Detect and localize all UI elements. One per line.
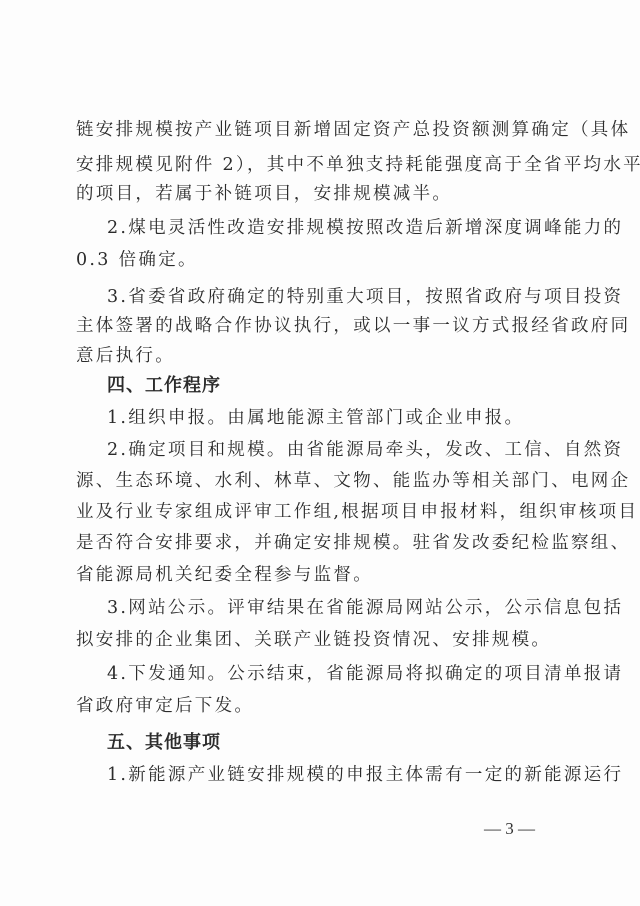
text-line: 主体签署的战略合作协议执行，或以一事一议方式报经省政府同 [76, 315, 546, 337]
text-line: 4.下发通知。公示结束，省能源局将拟确定的项目清单报请 [107, 663, 546, 685]
text-line: 1.新能源产业链安排规模的申报主体需有一定的新能源运行 [107, 764, 546, 786]
text-line: 1.组织申报。由属地能源主管部门或企业申报。 [107, 407, 546, 429]
section-heading: 五、其他事项 [107, 732, 546, 754]
text-line: 2.煤电灵活性改造安排规模按照改造后新增深度调峰能力的 [107, 217, 546, 239]
text-line: 0.3 倍确定。 [76, 249, 546, 271]
text-line: 省能源局机关纪委全程参与监督。 [76, 564, 546, 586]
text-line: 意后执行。 [76, 345, 546, 367]
text-line: 省政府审定后下发。 [76, 695, 546, 717]
section-heading: 四、工作程序 [107, 375, 546, 397]
text-line: 的项目，若属于补链项目，安排规模减半。 [76, 183, 546, 205]
text-line: 是否符合安排要求，并确定安排规模。驻省发改委纪检监察组、 [76, 532, 546, 554]
text-line: 安排规模见附件 2），其中不单独支持耗能强度高于全省平均水平 [76, 154, 546, 176]
text-line: 业及行业专家组成评审工作组,根据项目申报材料，组织审核项目 [76, 501, 546, 523]
text-line: 3.网站公示。评审结果在省能源局网站公示，公示信息包括 [107, 597, 546, 619]
document-page: 链安排规模按产业链项目新增固定资产总投资额测算确定（具体安排规模见附件 2），其… [0, 0, 640, 906]
page-number: — 3 — [484, 819, 535, 839]
text-line: 源、生态环境、水利、林草、文物、能监办等相关部门、电网企 [76, 470, 546, 492]
text-line: 2.确定项目和规模。由省能源局牵头，发改、工信、自然资 [107, 439, 546, 461]
text-line: 拟安排的企业集团、关联产业链投资情况、安排规模。 [76, 629, 546, 651]
text-line: 链安排规模按产业链项目新增固定资产总投资额测算确定（具体 [76, 119, 546, 141]
text-line: 3.省委省政府确定的特别重大项目，按照省政府与项目投资 [107, 286, 546, 308]
